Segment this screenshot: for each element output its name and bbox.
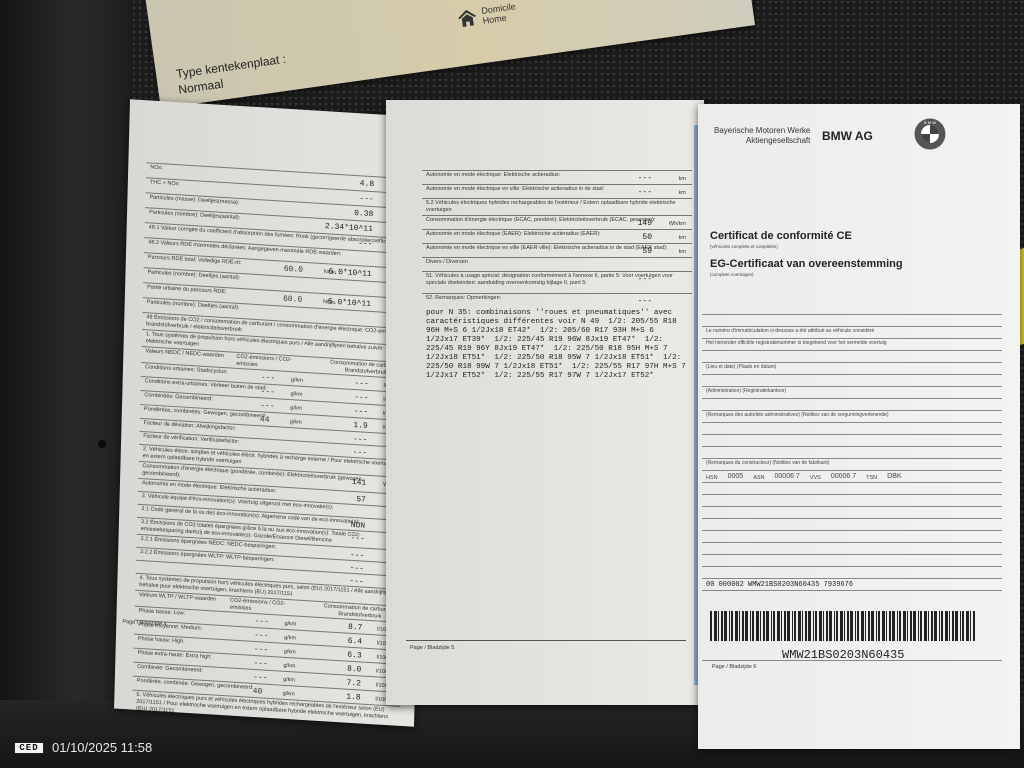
row-unit: km (679, 190, 686, 197)
cell-fuel: 1.9 (353, 422, 368, 430)
cell-co2: --- (254, 618, 269, 626)
cell-label: Phase basse: Low: (139, 608, 186, 617)
row-label: 51. Véhicules à usage spécial: désignati… (426, 273, 673, 286)
home-indicator: Domicile Home (455, 0, 518, 30)
row-value: --- (353, 449, 368, 457)
row-label: Divers / Diversen (426, 259, 468, 265)
header-col1: Valeurs NEDC / NEDC-waarden (145, 348, 224, 359)
cell-label: Phase extra-haute: Extra high: (137, 650, 211, 661)
form-line: (Remarques du constructeur) (Notities va… (702, 458, 1002, 470)
cell-co2-unit: g/km (290, 405, 302, 413)
form-line (702, 422, 1002, 434)
data-row: Autonomie en mode électrique (EAER): Ele… (422, 229, 692, 243)
asn-label: ASN (753, 474, 764, 481)
form-line (702, 590, 1002, 602)
cell-fuel: --- (354, 394, 369, 402)
cell-co2: --- (253, 660, 268, 668)
vvs-label: VVS (810, 474, 821, 481)
row-label: Autonomie en mode électrique (EAER): Ele… (426, 231, 601, 237)
row-value: --- (349, 578, 364, 586)
row-label: Consommation d'énergie électrique (ECAC,… (426, 217, 655, 223)
row-value: 2.34*10^11 (325, 223, 373, 233)
page5-content: Autonomie en mode électrique: Elektrisch… (422, 170, 692, 383)
page6-footer: Page / Bladzijde 6 (712, 664, 756, 670)
row-mid-value: 60.0 (283, 296, 302, 304)
page4-content: NOx:4.8mg/kmTHC + NOx:---mg/kmParticules… (131, 162, 414, 727)
tsn-label: TSN (866, 474, 877, 481)
row-label: THC + NOx: (150, 179, 180, 187)
row-value: 141 (352, 479, 367, 487)
row-value: NON (351, 522, 366, 530)
hsn-value: 0005 (728, 474, 744, 481)
cell-fuel: 1.8 (346, 694, 361, 702)
vehicle-codes: HSN0005ASN00006 7VVS00006 7TSNDBK (706, 472, 998, 481)
form-line (702, 530, 1002, 542)
row-label: 5.2 Véhicules électriques hybrides recha… (426, 200, 676, 213)
form-line (702, 314, 1002, 326)
row-value: 0.38 (354, 210, 373, 218)
title-nl: EG-Certificaat van overeenstemming (710, 258, 903, 270)
row-label: Particules (nombre): Deeltjes(aantal): (149, 209, 240, 221)
row-value: --- (638, 189, 652, 196)
form-line (702, 374, 1002, 386)
subtitle-nl: (complete voertuigen) (710, 272, 754, 277)
cell-co2: --- (260, 388, 275, 396)
row-value: --- (350, 535, 365, 543)
row-value: 6.0*10^11 (328, 298, 371, 308)
header-col1: Valeurs WLTP / WLTP-waarden (139, 592, 216, 603)
photo-watermark: CED 01/10/2025 11:58 (14, 740, 152, 755)
seat-button (98, 440, 106, 448)
company-short: BMW AG (822, 129, 873, 143)
barcode (710, 611, 976, 641)
data-row: Autonomie en mode électrique en ville (E… (422, 243, 692, 257)
form-line: Het hieronder officiële registratienumme… (702, 338, 1002, 350)
company-line1: Bayerische Motoren Werke (714, 126, 810, 136)
row-value: --- (638, 175, 652, 182)
cell-co2: --- (254, 646, 269, 654)
row-value: --- (359, 195, 374, 203)
cell-co2-unit: g/km (284, 621, 296, 629)
title-fr: Certificat de conformité CE (710, 230, 852, 242)
photo-datetime: 01/10/2025 11:58 (52, 740, 152, 755)
row-value: 4.8 (360, 180, 375, 188)
vvs-value: 00006 7 (831, 474, 856, 481)
row-value: --- (350, 552, 365, 560)
row-label: Particules (masse): Deeltjes(massa): (149, 194, 239, 205)
cell-fuel: 7.2 (347, 680, 362, 688)
bmw-logo-icon: B M W (914, 118, 946, 150)
row-value: --- (358, 240, 373, 248)
svg-text:B M W: B M W (924, 120, 936, 125)
row-unit: km (679, 249, 686, 256)
car-seat-left (0, 0, 130, 768)
form-line (702, 542, 1002, 554)
cell-co2-unit: g/km (283, 691, 295, 699)
data-row: Autonomie en mode électrique en ville: E… (422, 184, 692, 198)
cell-fuel: 8.0 (347, 666, 362, 674)
row-unit: Wh/km (669, 221, 686, 228)
cell-fuel: 6.3 (347, 652, 362, 660)
form-line (702, 482, 1002, 494)
row-mid-value: 60.0 (284, 266, 303, 274)
form-line (702, 566, 1002, 578)
registration-card: WMW21 S283896548 Domicile Home Type kent… (140, 0, 755, 109)
form-line-codes: HSN0005ASN00006 7VVS00006 7TSNDBK (702, 470, 1002, 482)
cell-co2-unit: g/km (284, 649, 296, 657)
row-label: NOx: (150, 164, 163, 171)
row-value: 57 (356, 496, 366, 504)
house-icon (455, 6, 480, 31)
cell-co2-unit: g/km (290, 391, 302, 399)
row-value: --- (638, 276, 652, 283)
asn-value: 00006 7 (775, 474, 800, 481)
cell-label: Combinées: Gecombineerd: (144, 392, 213, 402)
form-line (702, 518, 1002, 530)
row-value: 149 (638, 220, 652, 227)
cell-fuel: --- (354, 408, 369, 416)
ced-logo: CED (14, 742, 44, 754)
form-line-vin: 00 000002 WMW21BS0203N60435 7939676 (702, 578, 1002, 590)
cell-co2-unit: g/km (290, 419, 302, 427)
cell-co2-unit: g/km (283, 677, 295, 685)
page4-footer: Page / Bladzijde 4 (122, 619, 166, 628)
cell-fuel: --- (354, 380, 369, 388)
data-row: 5.2 Véhicules électriques hybrides recha… (422, 198, 692, 215)
form-line (702, 554, 1002, 566)
page6-footer-line (702, 660, 1002, 661)
row-label: Autonomie en mode électrique en ville (E… (426, 245, 668, 251)
row-label: 52. Remarques: Opmerkingen: (426, 295, 501, 301)
row-label: Partie urbaine du parcours RDE: (147, 284, 227, 295)
registration-form: Le numéro d'immatriculation ci-dessous a… (702, 314, 1002, 602)
emissions-table: Valeurs WLTP / WLTP-waardenCO2-émissions… (133, 590, 404, 706)
data-row: 52. Remarques: Opmerkingen:--- (422, 293, 692, 307)
company-name: Bayerische Motoren Werke Aktiengesellsch… (714, 126, 810, 146)
cell-co2-unit: g/km (284, 635, 296, 643)
cell-co2: --- (260, 402, 275, 410)
remarks-text: pour N 35: combinaisons ''roues et pneum… (422, 307, 692, 383)
form-line (702, 350, 1002, 362)
cell-label: Phase haute: High: (138, 636, 185, 645)
form-line (702, 446, 1002, 458)
row-value: --- (350, 565, 365, 573)
cell-co2: --- (261, 374, 276, 382)
cell-label: Conditions urbaines: Stadscyclus: (145, 364, 228, 375)
cell-co2-unit: g/km (283, 663, 295, 671)
data-row: Consommation d'énergie électrique (ECAC,… (422, 215, 692, 229)
cell-co2: 40 (253, 688, 263, 696)
certificate-page-5: Autonomie en mode électrique: Elektrisch… (386, 100, 704, 705)
hsn-label: HSN (706, 474, 718, 481)
row-label: Autonomie en mode électrique en ville: E… (426, 186, 604, 192)
cell-label: Combinée: Gecombineerd: (137, 664, 203, 674)
cell-fuel: 8.7 (348, 624, 363, 632)
data-row: 51. Véhicules à usage spécial: désignati… (422, 271, 692, 293)
row-label: Autonomie en mode électrique: Elektrisch… (426, 172, 560, 178)
vin-line: 00 000002 WMW21BS0203N60435 7939676 (706, 580, 998, 588)
row-value: --- (638, 298, 652, 305)
certificate-page-4: NOx:4.8mg/kmTHC + NOx:---mg/kmParticules… (114, 99, 430, 727)
page5-footer-line (406, 640, 686, 641)
row-unit: km (679, 235, 686, 242)
form-line: (Remarques des autorités administratives… (702, 410, 1002, 422)
cell-co2-unit: g/km (291, 377, 303, 385)
tsn-value: DBK (887, 474, 901, 481)
form-line: (Lieu et date) (Plaats en datum) (702, 362, 1002, 374)
form-line (702, 494, 1002, 506)
form-line (702, 506, 1002, 518)
certificate-page-6: Bayerische Motoren Werke Aktiengesellsch… (698, 104, 1020, 749)
form-line: (Administration) (Registratiekantoor) (702, 386, 1002, 398)
cell-co2: --- (253, 674, 268, 682)
subtitle-fr: (véhicules complets et complétés) (710, 244, 778, 249)
row-value: 6.0*10^11 (328, 268, 371, 278)
row-unit: km (679, 176, 686, 183)
row-value: 50 (642, 234, 652, 241)
data-row: Divers / Diversen (422, 257, 692, 271)
form-line (702, 398, 1002, 410)
page5-footer: Page / Bladzijde 5 (410, 645, 454, 651)
cell-co2: --- (254, 632, 269, 640)
cell-co2: 44 (260, 416, 270, 424)
form-line (702, 434, 1002, 446)
cell-fuel: 6.4 (348, 638, 363, 646)
form-line: Le numéro d'immatriculation ci-dessous a… (702, 326, 1002, 338)
row-value: 59 (642, 248, 652, 255)
company-line2: Aktiengesellschaft (714, 136, 810, 146)
row-value: --- (353, 436, 368, 444)
data-row: Autonomie en mode électrique: Elektrisch… (422, 170, 692, 184)
